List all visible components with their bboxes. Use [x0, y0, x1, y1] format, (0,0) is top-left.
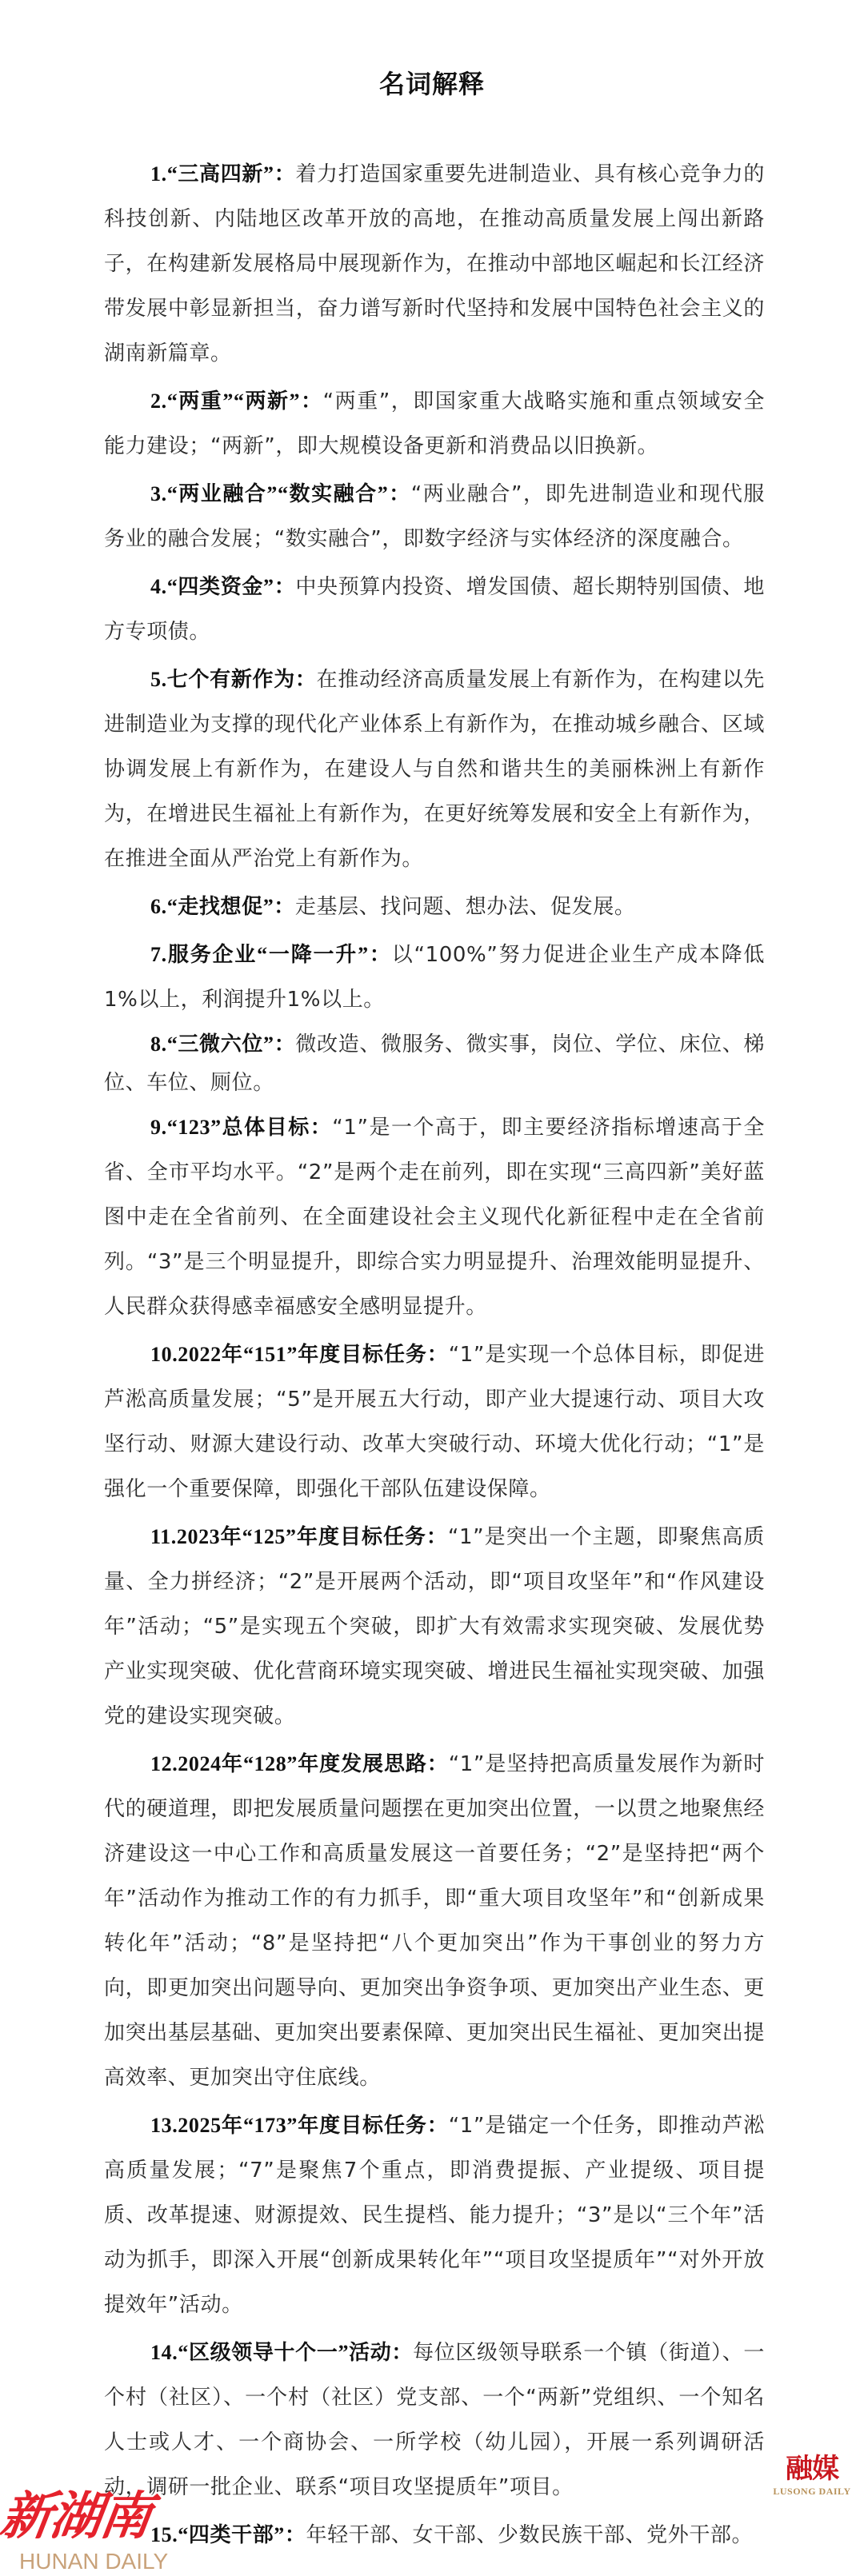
glossary-term: 12.2024年“128”年度发展思路：: [150, 1752, 449, 1775]
glossary-term: 5.七个有新作为：: [150, 668, 317, 691]
glossary-entry: 5.七个有新作为：在推动经济高质量发展上有新作为，在构建以先进制造业为支撑的现代…: [104, 657, 765, 881]
lusong-daily-subtitle: LUSONG DAILY: [762, 2486, 862, 2498]
glossary-entry: 1.“三高四新”：着力打造国家重要先进制造业、具有核心竞争力的科技创新、内陆地区…: [104, 152, 765, 376]
hunan-daily-logo: 新湖南: [0, 2475, 155, 2549]
glossary-definition: “1”是突出一个主题，即聚焦高质量、全力拼经济；“2”是开展两个活动，即“项目攻…: [104, 1525, 765, 1728]
glossary-term: 11.2023年“125”年度目标任务：: [150, 1525, 448, 1548]
glossary-term: 14.“区级领导十个一”活动：: [150, 2341, 413, 2364]
glossary-entry: 8.“三微六位”：微改造、微服务、微实事，岗位、学位、床位、梯位、车位、厕位。: [104, 1025, 765, 1102]
glossary-entry: 4.“四类资金”：中央预算内投资、增发国债、超长期特别国债、地方专项债。: [104, 565, 765, 654]
glossary-definition: 每位区级领导联系一个镇（街道）、一个村（社区）、一个村（社区）党支部、一个“两新…: [104, 2341, 765, 2499]
glossary-term: 7.服务企业“一降一升”：: [150, 943, 392, 966]
glossary-definition: 年轻干部、女干部、少数民族干部、党外干部。: [306, 2523, 754, 2547]
glossary-definition: “1”是一个高于，即主要经济指标增速高于全省、全市平均水平。“2”是两个走在前列…: [104, 1116, 765, 1319]
lusong-daily-watermark: 融媒 LUSONG DAILY: [762, 2454, 862, 2510]
glossary-term: 13.2025年“173”年度目标任务：: [150, 2114, 449, 2137]
glossary-definition: “1”是实现一个总体目标，即促进芦淞高质量发展；“5”是开展五大行动，即产业大提…: [104, 1343, 765, 1501]
glossary-definition: 在推动经济高质量发展上有新作为，在构建以先进制造业为支撑的现代化产业体系上有新作…: [104, 668, 765, 871]
glossary-entry: 14.“区级领导十个一”活动：每位区级领导联系一个镇（街道）、一个村（社区）、一…: [104, 2330, 765, 2510]
glossary-definition: “1”是坚持把高质量发展作为新时代的硬道理，即把发展质量问题摆在更加突出位置，一…: [104, 1752, 765, 2090]
glossary-entry: 2.“两重”“两新”：“两重”，即国家重大战略实施和重点领域安全能力建设；“两新…: [104, 379, 765, 469]
glossary-definition: 着力打造国家重要先进制造业、具有核心竞争力的科技创新、内陆地区改革开放的高地，在…: [104, 162, 765, 365]
glossary-entry: 7.服务企业“一降一升”：以“100%”努力促进企业生产成本降低1%以上，利润提…: [104, 933, 765, 1022]
glossary-entry: 12.2024年“128”年度发展思路：“1”是坚持把高质量发展作为新时代的硬道…: [104, 1742, 765, 2100]
glossary-term: 8.“三微六位”：: [150, 1032, 295, 1056]
glossary-term: 1.“三高四新”：: [150, 162, 295, 186]
glossary-entry: 10.2022年“151”年度目标任务：“1”是实现一个总体目标，即促进芦淞高质…: [104, 1332, 765, 1512]
glossary-term: 6.“走找想促”：: [150, 895, 295, 918]
glossary-term: 2.“两重”“两新”：: [150, 389, 323, 413]
lusong-media-logo: 融媒: [762, 2454, 862, 2484]
page-title: 名词解释: [0, 64, 864, 101]
glossary-entry: 9.“123”总体目标：“1”是一个高于，即主要经济指标增速高于全省、全市平均水…: [104, 1105, 765, 1329]
glossary-entry: 6.“走找想促”：走基层、找问题、想办法、促发展。: [104, 885, 765, 929]
glossary-list: 1.“三高四新”：着力打造国家重要先进制造业、具有核心竞争力的科技创新、内陆地区…: [104, 152, 765, 2561]
hunan-daily-watermark: 新湖南 HUNAN DAILY: [2, 2475, 202, 2576]
glossary-definition: 走基层、找问题、想办法、促发展。: [295, 895, 636, 919]
glossary-term: 10.2022年“151”年度目标任务：: [150, 1343, 449, 1366]
hunan-daily-subtitle: HUNAN DAILY: [19, 2549, 168, 2574]
glossary-term: 4.“四类资金”：: [150, 575, 295, 598]
glossary-entry: 11.2023年“125”年度目标任务：“1”是突出一个主题，即聚焦高质量、全力…: [104, 1515, 765, 1739]
glossary-definition: “1”是锚定一个任务，即推动芦淞高质量发展；“7”是聚焦7个重点，即消费提振、产…: [104, 2114, 765, 2317]
glossary-entry: 13.2025年“173”年度目标任务：“1”是锚定一个任务，即推动芦淞高质量发…: [104, 2103, 765, 2327]
glossary-entry: 15.“四类干部”：年轻干部、女干部、少数民族干部、党外干部。: [104, 2513, 765, 2558]
glossary-term: 3.“两业融合”“数实融合”：: [150, 482, 411, 505]
glossary-entry: 3.“两业融合”“数实融合”：“两业融合”，即先进制造业和现代服务业的融合发展；…: [104, 472, 765, 561]
glossary-term: 9.“123”总体目标：: [150, 1116, 332, 1139]
